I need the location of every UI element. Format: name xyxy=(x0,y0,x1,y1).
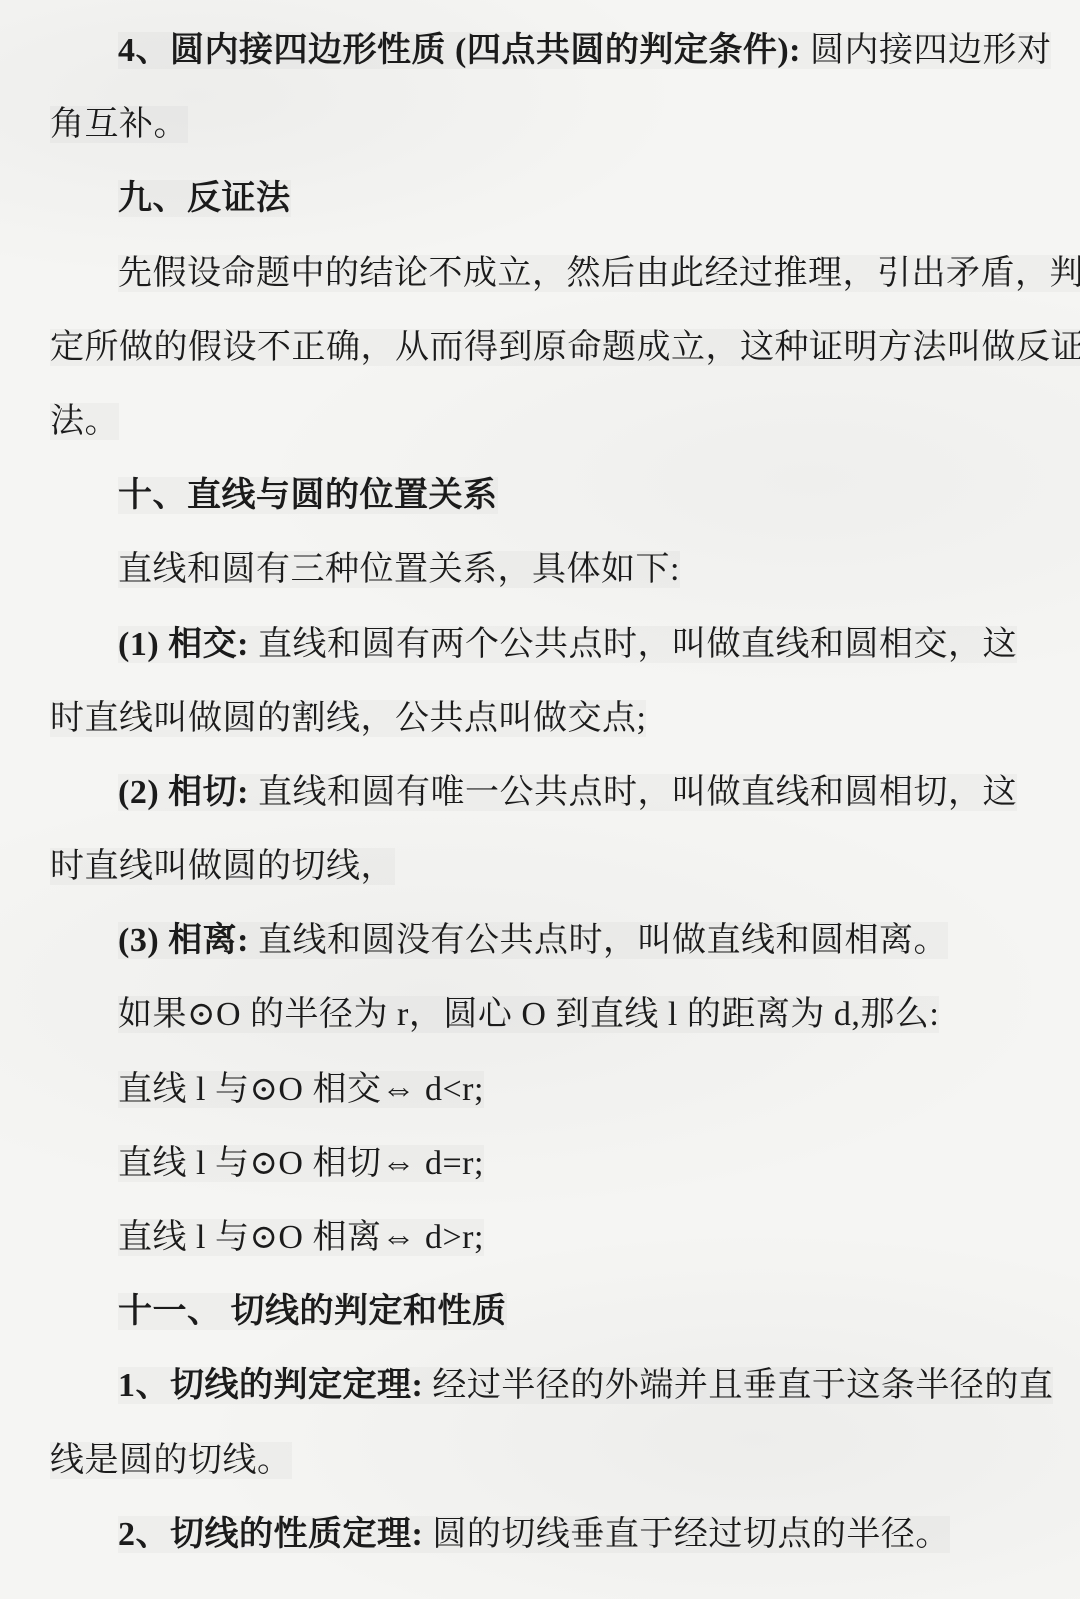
text-line: (1) 相交: 直线和圆有两个公共点时，叫做直线和圆相交，这 xyxy=(50,608,1044,682)
body-text: 线是圆的切线。 xyxy=(50,1442,292,1479)
text-line: 直线 l 与⊙O 相离⇔ d>r; xyxy=(50,1201,1044,1275)
body-text: 直线和圆有两个公共点时，叫做直线和圆相交，这 xyxy=(258,626,1017,663)
body-text: 直线 l 与⊙O 相离⇔ d>r; xyxy=(118,1219,484,1256)
body-text: 直线 l 与⊙O 相交⇔ d<r; xyxy=(118,1071,484,1108)
text-line: 直线和圆有三种位置关系，具体如下: xyxy=(50,533,1044,607)
text-line: 2、切线的性质定理: 圆的切线垂直于经过切点的半径。 xyxy=(50,1498,1044,1572)
bold-text: (3) 相离: xyxy=(118,922,258,959)
text-line: 时直线叫做圆的切线， xyxy=(50,830,1044,904)
text-line: 如果⊙O 的半径为 r，圆心 O 到直线 l 的距离为 d,那么: xyxy=(50,978,1044,1052)
text-line: 时直线叫做圆的割线，公共点叫做交点; xyxy=(50,682,1044,756)
text-line: 直线 l 与⊙O 相交⇔ d<r; xyxy=(50,1053,1044,1127)
text-line: 先假设命题中的结论不成立，然后由此经过推理，引出矛盾，判 xyxy=(50,237,1044,311)
body-text: 定所做的假设不正确，从而得到原命题成立，这种证明方法叫做反证 xyxy=(50,329,1080,366)
body-text: 如果⊙O 的半径为 r，圆心 O 到直线 l 的距离为 d,那么: xyxy=(118,996,939,1033)
body-text: 时直线叫做圆的切线， xyxy=(50,848,395,885)
heading-line: 十一、 切线的判定和性质 xyxy=(50,1275,1044,1349)
bold-text: 十一、 切线的判定和性质 xyxy=(118,1293,507,1330)
body-text: 直线和圆没有公共点时，叫做直线和圆相离。 xyxy=(258,922,948,959)
body-text: 时直线叫做圆的割线，公共点叫做交点; xyxy=(50,700,646,737)
bold-text: 十、直线与圆的位置关系 xyxy=(118,477,498,514)
text-line: 定所做的假设不正确，从而得到原命题成立，这种证明方法叫做反证 xyxy=(50,311,1044,385)
body-text: 直线 l 与⊙O 相切⇔ d=r; xyxy=(118,1145,484,1182)
body-text: 圆内接四边形对 xyxy=(810,32,1052,69)
body-text: 法。 xyxy=(50,403,119,440)
body-text: 圆的切线垂直于经过切点的半径。 xyxy=(432,1516,950,1553)
heading-line: 九、反证法 xyxy=(50,162,1044,236)
body-text: 经过半径的外端并且垂直于这条半径的直 xyxy=(432,1367,1053,1404)
text-line: 4、圆内接四边形性质 (四点共圆的判定条件): 圆内接四边形对 xyxy=(50,14,1044,88)
text-line: 直线 l 与⊙O 相切⇔ d=r; xyxy=(50,1127,1044,1201)
body-text: 角互补。 xyxy=(50,106,188,143)
text-line: 1、切线的判定定理: 经过半径的外端并且垂直于这条半径的直 xyxy=(50,1349,1044,1423)
document-page: 4、圆内接四边形性质 (四点共圆的判定条件): 圆内接四边形对角互补。九、反证法… xyxy=(0,0,1080,1599)
body-text: 先假设命题中的结论不成立，然后由此经过推理，引出矛盾，判 xyxy=(118,255,1080,292)
text-line: 线是圆的切线。 xyxy=(50,1424,1044,1498)
bold-text: 4、圆内接四边形性质 (四点共圆的判定条件): xyxy=(118,32,810,69)
heading-line: 十、直线与圆的位置关系 xyxy=(50,459,1044,533)
body-text: 直线和圆有唯一公共点时，叫做直线和圆相切，这 xyxy=(258,774,1017,811)
bold-text: 九、反证法 xyxy=(118,180,291,217)
text-line: 角互补。 xyxy=(50,88,1044,162)
bold-text: 2、切线的性质定理: xyxy=(118,1516,432,1553)
text-line: (3) 相离: 直线和圆没有公共点时，叫做直线和圆相离。 xyxy=(50,904,1044,978)
text-line: 法。 xyxy=(50,385,1044,459)
bold-text: (1) 相交: xyxy=(118,626,258,663)
text-line: (2) 相切: 直线和圆有唯一公共点时，叫做直线和圆相切，这 xyxy=(50,756,1044,830)
bold-text: 1、切线的判定定理: xyxy=(118,1367,432,1404)
document-body: 4、圆内接四边形性质 (四点共圆的判定条件): 圆内接四边形对角互补。九、反证法… xyxy=(50,14,1044,1572)
body-text: 直线和圆有三种位置关系，具体如下: xyxy=(118,551,680,588)
bold-text: (2) 相切: xyxy=(118,774,258,811)
